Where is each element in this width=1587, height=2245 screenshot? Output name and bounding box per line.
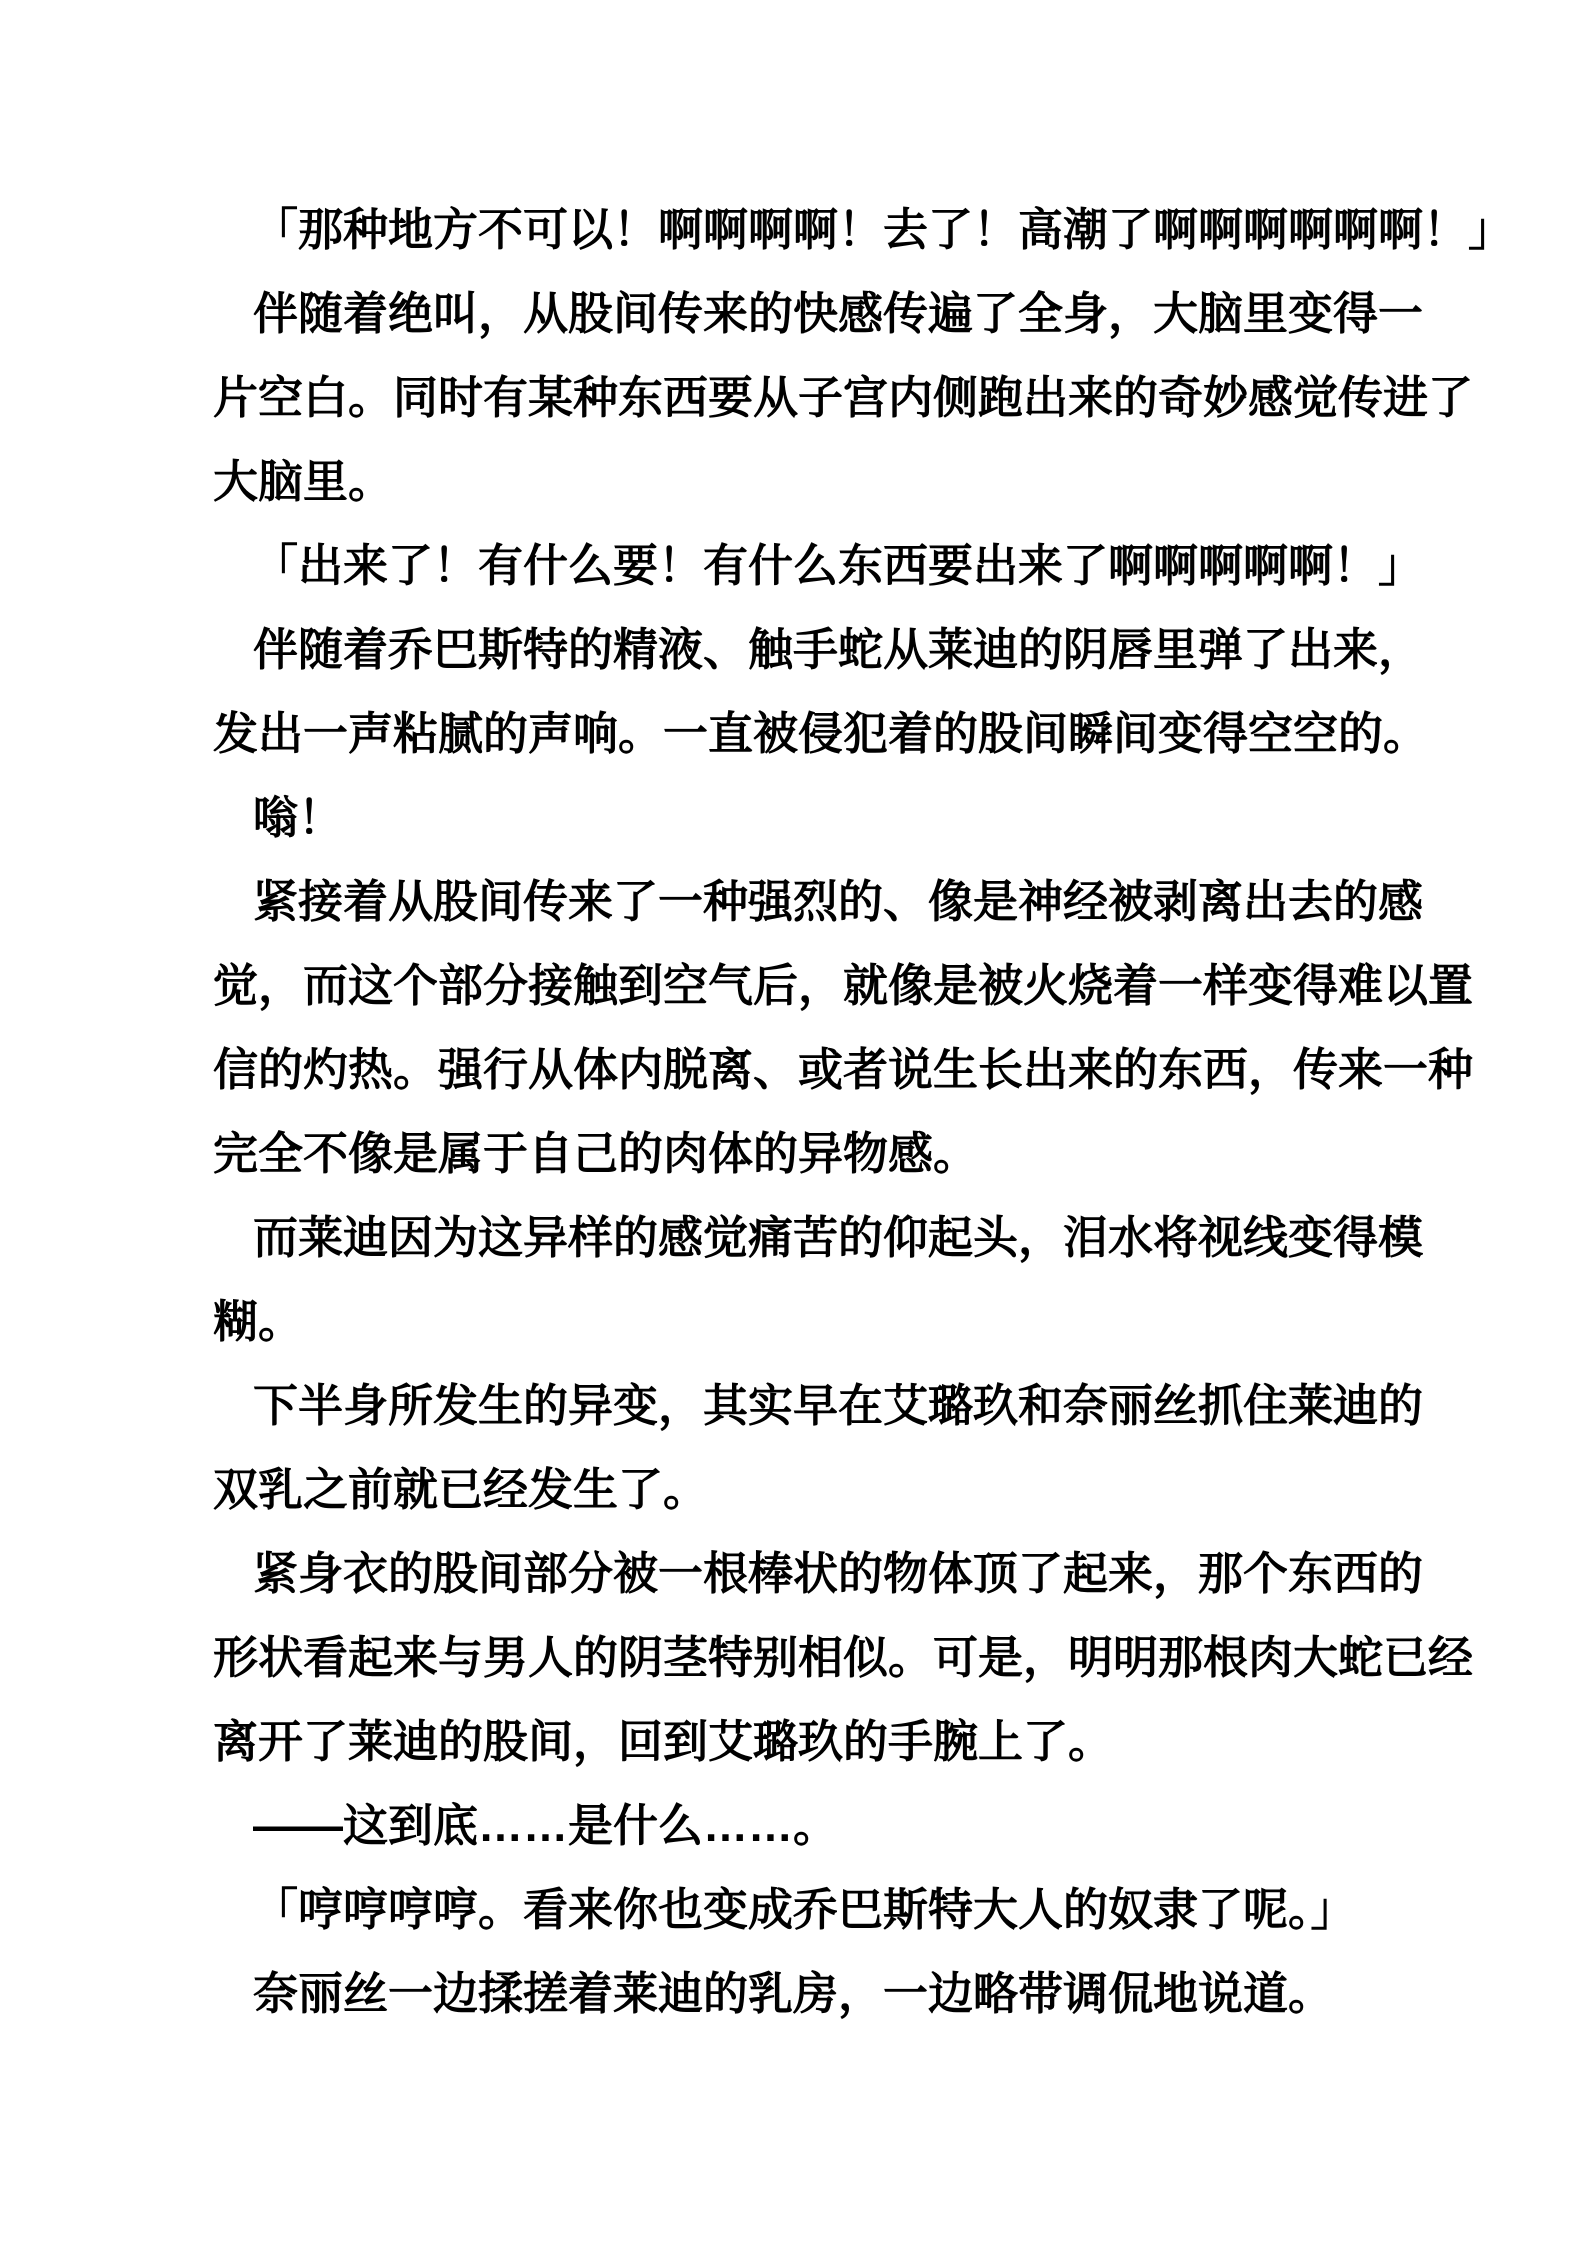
text-line: 离开了莱迪的股间，回到艾璐玖的手腕上了。 [213,1700,1453,1784]
text-line: 片空白。同时有某种东西要从子宫内侧跑出来的奇妙感觉传进了 [213,356,1453,440]
text-line: 信的灼热。强行从体内脱离、或者说生长出来的东西，传来一种 [213,1028,1453,1112]
paragraph: 「那种地方不可以！啊啊啊啊！去了！高潮了啊啊啊啊啊啊！」 [213,188,1453,272]
text-line: 而莱迪因为这异样的感觉痛苦的仰起头，泪水将视线变得模 [213,1196,1453,1280]
document-page: 「那种地方不可以！啊啊啊啊！去了！高潮了啊啊啊啊啊啊！」伴随着绝叫，从股间传来的… [0,0,1587,2245]
text-line: 「那种地方不可以！啊啊啊啊！去了！高潮了啊啊啊啊啊啊！」 [213,188,1453,272]
paragraph: 「出来了！有什么要！有什么东西要出来了啊啊啊啊啊！」 [213,524,1453,608]
text-line: 嗡！ [213,776,1453,860]
text-line: 奈丽丝一边揉搓着莱迪的乳房，一边略带调侃地说道。 [213,1952,1453,2036]
paragraph: 紧身衣的股间部分被一根棒状的物体顶了起来，那个东西的形状看起来与男人的阴茎特别相… [213,1532,1453,1784]
text-line: ——这到底……是什么……。 [213,1784,1453,1868]
paragraph: 下半身所发生的异变，其实早在艾璐玖和奈丽丝抓住莱迪的双乳之前就已经发生了。 [213,1364,1453,1532]
paragraph: 伴随着乔巴斯特的精液、触手蛇从莱迪的阴唇里弹了出来，发出一声粘腻的声响。一直被侵… [213,608,1453,776]
text-line: 觉，而这个部分接触到空气后，就像是被火烧着一样变得难以置 [213,944,1453,1028]
text-line: 紧身衣的股间部分被一根棒状的物体顶了起来，那个东西的 [213,1532,1453,1616]
text-line: 紧接着从股间传来了一种强烈的、像是神经被剥离出去的感 [213,860,1453,944]
text-line: 下半身所发生的异变，其实早在艾璐玖和奈丽丝抓住莱迪的 [213,1364,1453,1448]
text-line: 「出来了！有什么要！有什么东西要出来了啊啊啊啊啊！」 [213,524,1453,608]
paragraph: 嗡！ [213,776,1453,860]
text-line: 大脑里。 [213,440,1453,524]
text-line: 糊。 [213,1280,1453,1364]
text-block: 「那种地方不可以！啊啊啊啊！去了！高潮了啊啊啊啊啊啊！」伴随着绝叫，从股间传来的… [213,188,1453,2036]
paragraph: 而莱迪因为这异样的感觉痛苦的仰起头，泪水将视线变得模糊。 [213,1196,1453,1364]
paragraph: 「哼哼哼哼。看来你也变成乔巴斯特大人的奴隶了呢。」 [213,1868,1453,1952]
text-line: 发出一声粘腻的声响。一直被侵犯着的股间瞬间变得空空的。 [213,692,1453,776]
text-line: 「哼哼哼哼。看来你也变成乔巴斯特大人的奴隶了呢。」 [213,1868,1453,1952]
paragraph: 伴随着绝叫，从股间传来的快感传遍了全身，大脑里变得一片空白。同时有某种东西要从子… [213,272,1453,524]
paragraph: 奈丽丝一边揉搓着莱迪的乳房，一边略带调侃地说道。 [213,1952,1453,2036]
text-line: 形状看起来与男人的阴茎特别相似。可是，明明那根肉大蛇已经 [213,1616,1453,1700]
text-line: 伴随着绝叫，从股间传来的快感传遍了全身，大脑里变得一 [213,272,1453,356]
text-line: 完全不像是属于自己的肉体的异物感。 [213,1112,1453,1196]
paragraph: ——这到底……是什么……。 [213,1784,1453,1868]
text-line: 伴随着乔巴斯特的精液、触手蛇从莱迪的阴唇里弹了出来， [213,608,1453,692]
paragraph: 紧接着从股间传来了一种强烈的、像是神经被剥离出去的感觉，而这个部分接触到空气后，… [213,860,1453,1196]
text-line: 双乳之前就已经发生了。 [213,1448,1453,1532]
